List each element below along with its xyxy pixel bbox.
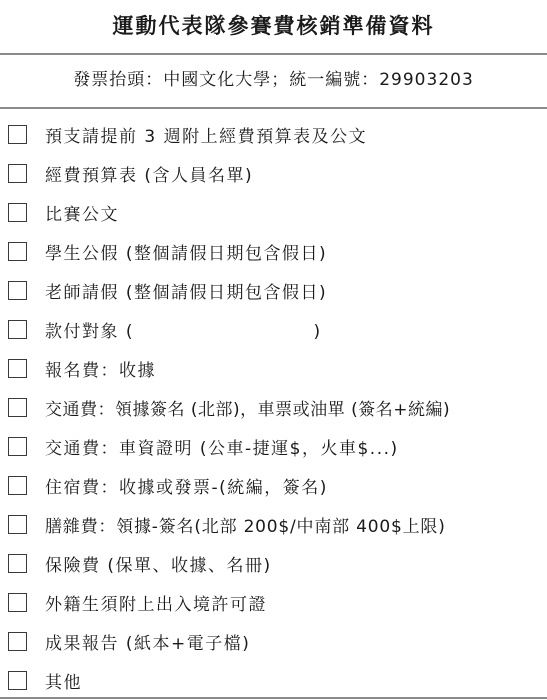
checkbox-icon[interactable] <box>8 554 27 573</box>
checklist-item-registration-fee: 報名費：收據 <box>0 349 547 388</box>
checklist-item-label: 款付對象 ( ) <box>45 317 322 342</box>
checkbox-icon[interactable] <box>8 671 27 690</box>
checklist-item-transport-fee-proof: 交通費：車資證明 (公車-捷運$，火車$...) <box>0 427 547 466</box>
checkbox-icon[interactable] <box>8 437 27 456</box>
checklist-item-label: 保險費 (保單、收據、名冊) <box>45 551 272 576</box>
checklist-item-label: 交通費：車資證明 (公車-捷運$，火車$...) <box>45 434 399 459</box>
divider-top <box>0 53 547 55</box>
checklist-item-insurance-fee: 保險費 (保單、收據、名冊) <box>0 544 547 583</box>
checkbox-icon[interactable] <box>8 242 27 261</box>
checklist-item-label: 經費預算表 (含人員名單) <box>45 161 253 186</box>
invoice-header-info: 發票抬頭：中國文化大學；統一編號：29903203 <box>0 62 547 98</box>
divider-middle <box>0 107 547 109</box>
checklist-item-teacher-leave: 老師請假 (整個請假日期包含假日) <box>0 271 547 310</box>
checklist-item-student-leave: 學生公假 (整個請假日期包含假日) <box>0 232 547 271</box>
checklist: 預支請提前 3 週附上經費預算表及公文 經費預算表 (含人員名單) 比賽公文 學… <box>0 115 547 700</box>
checklist-item-label: 老師請假 (整個請假日期包含假日) <box>45 278 327 303</box>
checklist-item-label: 住宿費：收據或發票-(統編，簽名) <box>45 473 328 498</box>
checkbox-icon[interactable] <box>8 281 27 300</box>
checklist-item-label: 報名費：收據 <box>45 356 156 381</box>
checkbox-icon[interactable] <box>8 125 27 144</box>
checklist-item-label: 其他 <box>45 668 82 693</box>
checklist-item-accommodation-fee: 住宿費：收據或發票-(統編，簽名) <box>0 466 547 505</box>
checkbox-icon[interactable] <box>8 320 27 339</box>
checklist-item-label: 膳雜費：領據-簽名(北部 200$/中南部 400$上限) <box>45 512 446 537</box>
checklist-item-budget-table: 經費預算表 (含人員名單) <box>0 154 547 193</box>
checklist-item-label: 比賽公文 <box>45 200 119 225</box>
checklist-item-label: 外籍生須附上出入境許可證 <box>45 590 267 615</box>
checkbox-icon[interactable] <box>8 476 27 495</box>
checklist-item-label: 交通費：領據簽名 (北部)，車票或油單 (簽名+統編) <box>45 395 450 420</box>
checkbox-icon[interactable] <box>8 359 27 378</box>
checklist-item-competition-document: 比賽公文 <box>0 193 547 232</box>
checkbox-icon[interactable] <box>8 164 27 183</box>
checklist-item-label: 預支請提前 3 週附上經費預算表及公文 <box>45 122 367 147</box>
checklist-item-foreign-student-permit: 外籍生須附上出入境許可證 <box>0 583 547 622</box>
checklist-item-transport-fee-receipt: 交通費：領據簽名 (北部)，車票或油單 (簽名+統編) <box>0 388 547 427</box>
checklist-item-meal-allowance: 膳雜費：領據-簽名(北部 200$/中南部 400$上限) <box>0 505 547 544</box>
checkbox-icon[interactable] <box>8 203 27 222</box>
checkbox-icon[interactable] <box>8 398 27 417</box>
document-title: 運動代表隊參賽費核銷準備資料 <box>0 8 547 44</box>
checklist-item-payee: 款付對象 ( ) <box>0 310 547 349</box>
checklist-item-label: 學生公假 (整個請假日期包含假日) <box>45 239 327 264</box>
checkbox-icon[interactable] <box>8 632 27 651</box>
checklist-item-other: 其他 <box>0 661 547 700</box>
checkbox-icon[interactable] <box>8 593 27 612</box>
checklist-item-result-report: 成果報告 (紙本+電子檔) <box>0 622 547 661</box>
checklist-item-label: 成果報告 (紙本+電子檔) <box>45 629 250 654</box>
divider-bottom <box>0 697 547 699</box>
checkbox-icon[interactable] <box>8 515 27 534</box>
checklist-item-budget-advance: 預支請提前 3 週附上經費預算表及公文 <box>0 115 547 154</box>
